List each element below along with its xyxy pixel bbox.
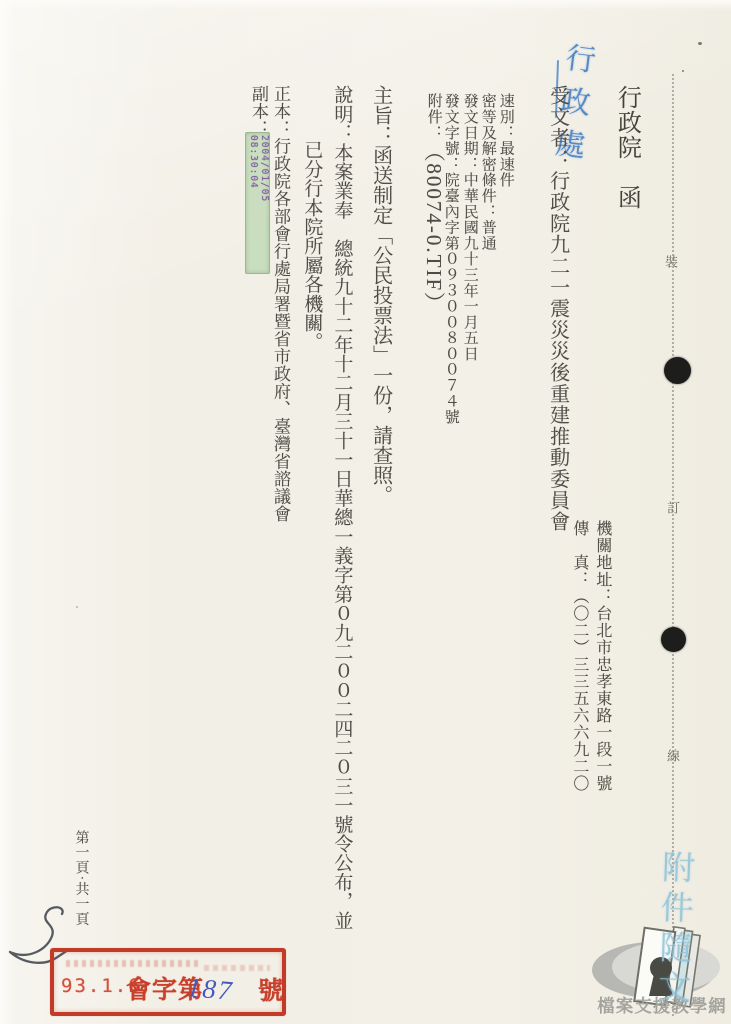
receipt-time: 08:30:04 — [248, 135, 259, 271]
page-number-info: 第一頁·共一頁 — [72, 830, 89, 927]
paper-edge-left — [0, 0, 14, 1024]
security-field: 密等及解密條件：普通 — [478, 93, 496, 251]
receipt-timestamp-stamp: 2004/01/05 08:30:04 — [245, 132, 270, 274]
recipient-line: 受文者：行政院九二一震災災後重建推動委員會 — [545, 85, 569, 532]
fax-line: 傳 真：（〇二）三三五六六九二〇 — [569, 520, 588, 792]
attachment-filename: （80074-0.TIF） — [422, 140, 446, 315]
binding-char-zhuang: 裝 — [661, 255, 680, 268]
explanation-line-2: 已分行本院所屬各機關。 — [300, 140, 322, 351]
cc-label: 副本： — [248, 85, 268, 138]
stamp-suffix: 號 — [258, 971, 283, 1007]
registration-stamp: 93.1.6 會字第 187 號 — [50, 948, 286, 1016]
attachment-field: 附件：（80074-0.TIF） — [421, 93, 446, 315]
binding-char-xian: 線 — [663, 749, 682, 762]
punch-hole-bottom-icon — [661, 627, 686, 652]
original-recipients-line: 正本：行政院各部會行處局署暨省市政府、臺灣省諮議會 — [270, 85, 290, 523]
speed-field: 速別：最速件 — [496, 93, 514, 188]
scan-speck — [682, 70, 684, 72]
receipt-timestamp-text: 2004/01/05 08:30:04 — [248, 135, 269, 271]
scan-speck — [698, 42, 702, 45]
subject-line: 主旨：函送制定「公民投票法」一份，請查照。 — [368, 85, 392, 505]
scan-speck — [76, 606, 78, 608]
document-title: 行政院 函 — [612, 85, 640, 210]
agency-address-line: 機關地址：台北市忠孝東路一段一號 — [592, 520, 611, 792]
stamp-handwritten-number: 187 — [186, 972, 235, 1007]
stamp-faint-text-left — [66, 960, 198, 967]
attachment-label: 附件： — [426, 93, 442, 140]
explanation-line-1: 說明：本案業奉 總統九十二年十二月三十一日華總一義字第０九二００二四二０三一號令… — [330, 85, 352, 930]
punch-hole-top-icon — [664, 357, 691, 384]
handwritten-note: 附件隨文 — [647, 849, 700, 1011]
receipt-date: 2004/01/05 — [259, 135, 270, 271]
paper-edge-top — [0, 0, 731, 10]
issue-date-field: 發文日期：中華民國九十三年一月五日 — [460, 93, 478, 362]
binding-char-ding: 訂 — [663, 501, 682, 514]
scanned-document-page: 裝 訂 線 行政院 函 行政處 受文者：行政院九二一震災災後重建推動委員會 機關… — [0, 0, 731, 1024]
